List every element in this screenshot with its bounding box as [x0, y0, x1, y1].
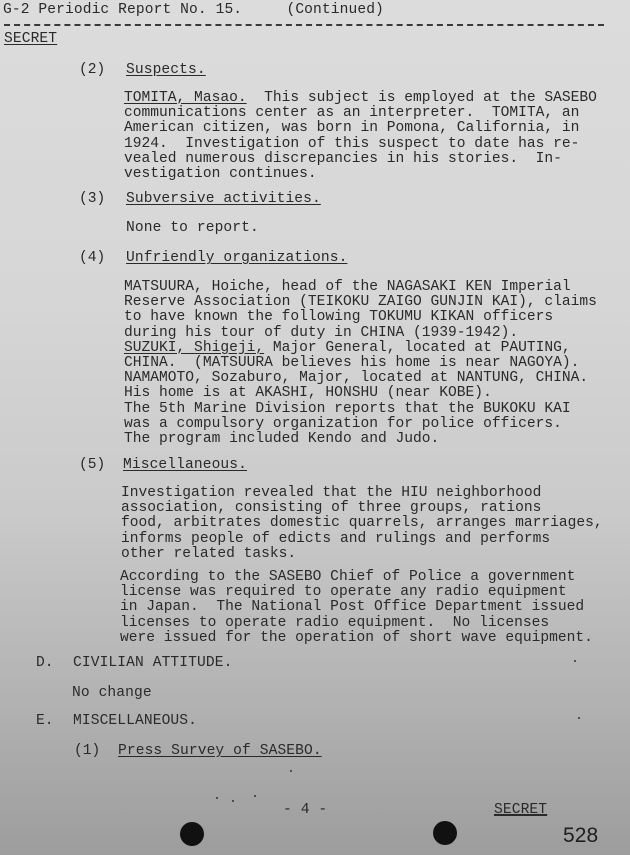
miscellaneous-paragraph-1: Investigation revealed that the HIU neig… [121, 486, 603, 562]
document-page: G-2 Periodic Report No. 15. (Continued) … [0, 0, 630, 855]
stamp-number: 528 [563, 825, 598, 847]
subversive-body: None to report. [126, 221, 259, 236]
report-title: G-2 Periodic Report No. 15. [3, 2, 242, 18]
section-number-subversive: (3) [79, 192, 105, 207]
section-heading-suspects: Suspects. [126, 63, 206, 78]
page-number: - 4 - [283, 803, 327, 818]
scan-speck [578, 717, 580, 719]
report-header: G-2 Periodic Report No. 15. (Continued) [3, 3, 384, 18]
section-number-suspects: (2) [79, 63, 105, 78]
continued-label: (Continued) [286, 2, 383, 18]
section-letter-e: E. [36, 714, 54, 729]
punch-hole-right [433, 821, 457, 845]
civilian-attitude-body: No change [72, 686, 152, 701]
section-number-miscellaneous: (5) [79, 458, 105, 473]
section-number-unfriendly: (4) [79, 251, 105, 266]
section-heading-miscellaneous: Miscellaneous. [123, 458, 247, 473]
miscellaneous-paragraph-2: According to the SASEBO Chief of Police … [120, 570, 593, 646]
classification-bottom: SECRET [494, 803, 547, 818]
suzuki-name: SUZUKI, Shigeji, [124, 340, 264, 356]
subject-name: TOMITA, Masao. [124, 90, 247, 106]
dashed-divider [4, 24, 604, 26]
section-heading-civilian-attitude: CIVILIAN ATTITUDE. [73, 656, 232, 671]
scan-speck [574, 660, 576, 662]
section-heading-misc-e: MISCELLANEOUS. [73, 714, 197, 729]
section-heading-subversive: Subversive activities. [126, 192, 321, 207]
scan-speck [290, 770, 292, 772]
section-letter-d: D. [36, 656, 54, 671]
punch-hole-left [180, 822, 204, 846]
subsection-heading-press-survey: Press Survey of SASEBO. [118, 744, 322, 759]
classification-top: SECRET [4, 32, 57, 47]
unfriendly-paragraph: MATSUURA, Hoiche, head of the NAGASAKI K… [124, 280, 597, 447]
scan-speck [232, 800, 234, 802]
subsection-number-press-survey: (1) [74, 744, 100, 759]
scan-speck [216, 797, 218, 799]
suspects-paragraph: TOMITA, Masao. This subject is employed … [124, 91, 597, 182]
section-heading-unfriendly: Unfriendly organizations. [126, 251, 347, 266]
scan-speck [254, 795, 256, 797]
